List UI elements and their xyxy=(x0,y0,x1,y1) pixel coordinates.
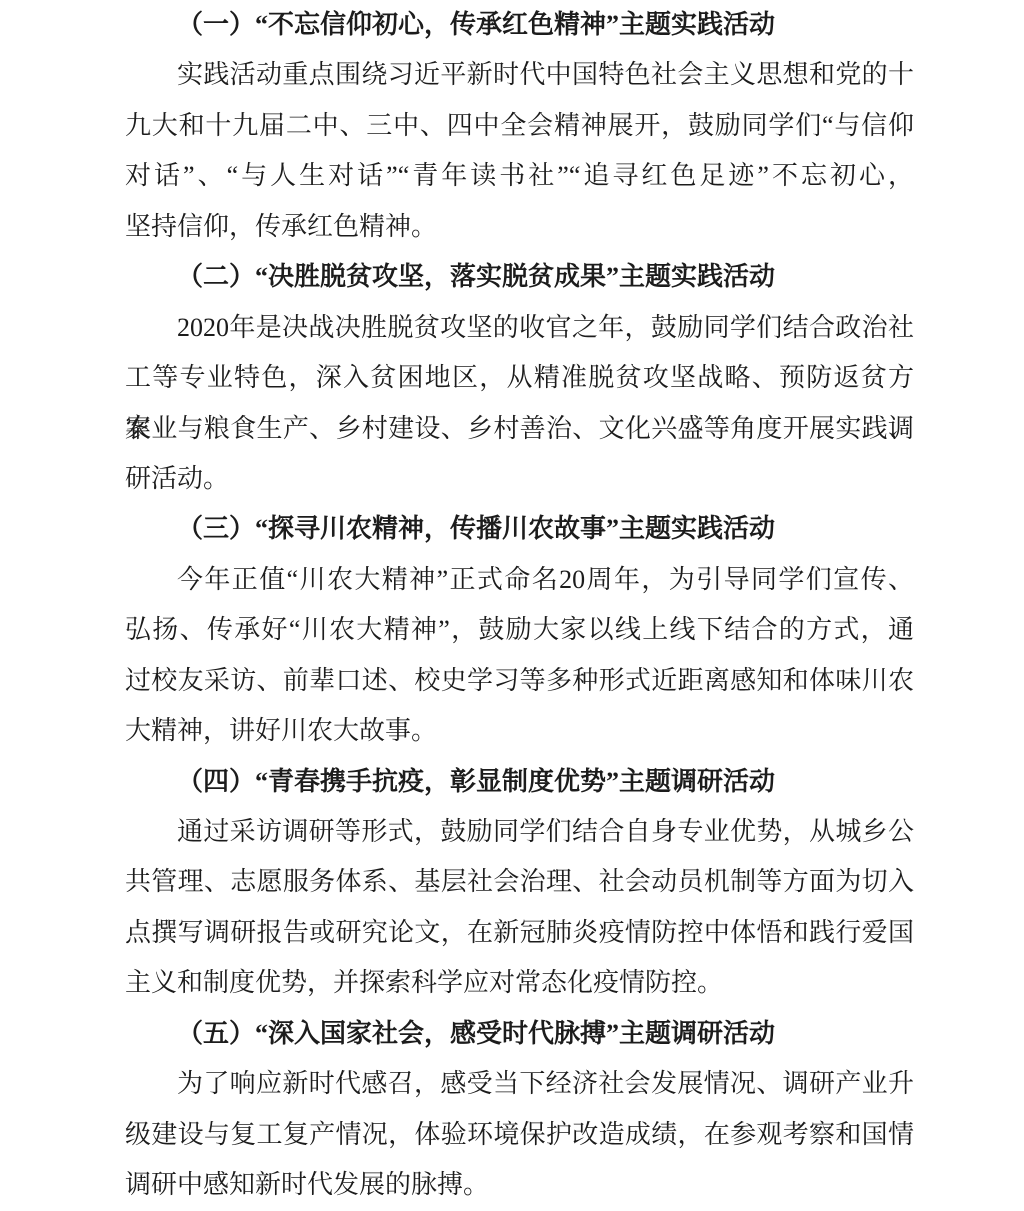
section-2-line-1: 2020年是决战决胜脱贫攻坚的收官之年，鼓励同学们结合政治社 xyxy=(125,303,914,353)
section-5-line-2: 级建设与复工复产情况，体验环境保护改造成绩，在参观考察和国情 xyxy=(125,1110,914,1160)
section-1-heading: （一）“不忘信仰初心，传承红色精神”主题实践活动 xyxy=(125,0,914,50)
section-5-line-3: 调研中感知新时代发展的脉搏。 xyxy=(125,1160,914,1210)
section-3-line-1: 今年正值“川农大精神”正式命名20周年，为引导同学们宣传、 xyxy=(125,555,914,605)
section-3-line-4: 大精神，讲好川农大故事。 xyxy=(125,706,914,756)
section-2-line-4: 研活动。 xyxy=(125,454,914,504)
section-3-line-3: 过校友采访、前辈口述、校史学习等多种形式近距离感知和体味川农 xyxy=(125,656,914,706)
section-5-line-1: 为了响应新时代感召，感受当下经济社会发展情况、调研产业升 xyxy=(125,1059,914,1109)
section-2-heading: （二）“决胜脱贫攻坚，落实脱贫成果”主题实践活动 xyxy=(125,252,914,302)
section-2-line-2: 工等专业特色，深入贫困地区，从精准脱贫攻坚战略、预防返贫方案、 xyxy=(125,353,914,403)
section-1-line-3: 对话”、“与人生对话”“青年读书社”“追寻红色足迹”不忘初心， xyxy=(125,151,914,201)
section-4-line-1: 通过采访调研等形式，鼓励同学们结合自身专业优势，从城乡公 xyxy=(125,807,914,857)
section-3-heading: （三）“探寻川农精神，传播川农故事”主题实践活动 xyxy=(125,504,914,554)
document-page: （一）“不忘信仰初心，传承红色精神”主题实践活动 实践活动重点围绕习近平新时代中… xyxy=(0,0,1024,1211)
section-4-heading: （四）“青春携手抗疫，彰显制度优势”主题调研活动 xyxy=(125,757,914,807)
section-1-line-2: 九大和十九届二中、三中、四中全会精神展开，鼓励同学们“与信仰 xyxy=(125,101,914,151)
section-1-line-1: 实践活动重点围绕习近平新时代中国特色社会主义思想和党的十 xyxy=(125,50,914,100)
section-4-line-3: 点撰写调研报告或研究论文，在新冠肺炎疫情防控中体悟和践行爱国 xyxy=(125,908,914,958)
section-4-line-4: 主义和制度优势，并探索科学应对常态化疫情防控。 xyxy=(125,958,914,1008)
section-3-line-2: 弘扬、传承好“川农大精神”，鼓励大家以线上线下结合的方式，通 xyxy=(125,605,914,655)
section-4-line-2: 共管理、志愿服务体系、基层社会治理、社会动员机制等方面为切入 xyxy=(125,857,914,907)
section-2-line-3: 农业与粮食生产、乡村建设、乡村善治、文化兴盛等角度开展实践调 xyxy=(125,404,914,454)
section-1-line-4: 坚持信仰，传承红色精神。 xyxy=(125,202,914,252)
section-5-heading: （五）“深入国家社会，感受时代脉搏”主题调研活动 xyxy=(125,1009,914,1059)
